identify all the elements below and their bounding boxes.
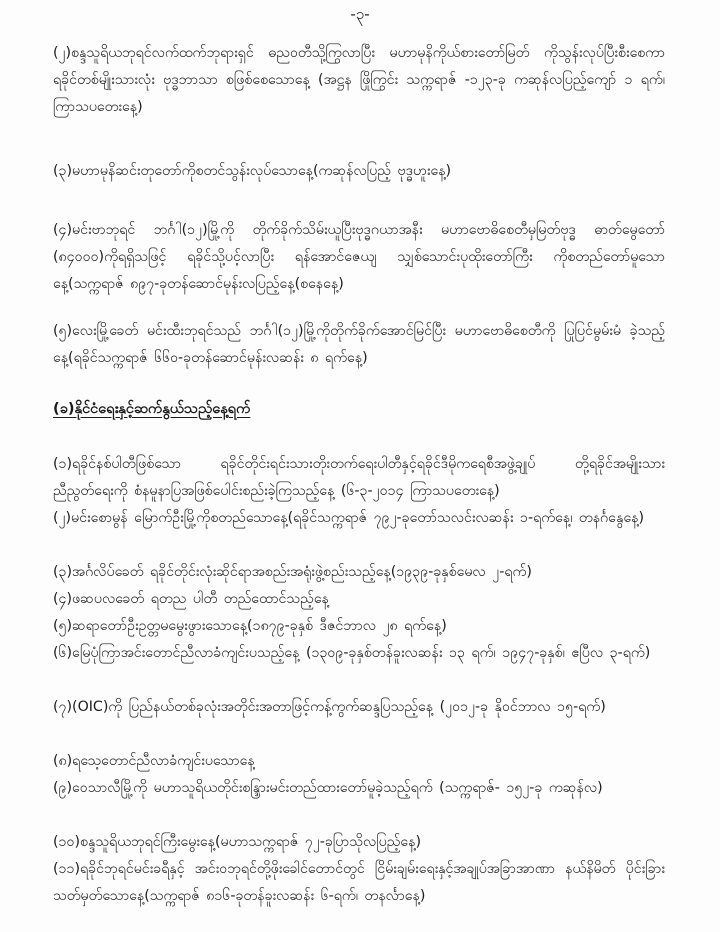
paragraph-item-4: (၄)မင်းဗာဘုရင် ဘင်္ဂါ(၁၂)မြို့ကို တိုက်ခ… <box>53 217 665 298</box>
list-item-7: (၇)(OIC)ကို ပြည်နယ်တစ်ခုလုံးအတိုင်းအတာဖြ… <box>53 694 665 721</box>
list-item-1: (၁)ရခိုင်နစ်ပါတီဖြစ်သော ရခိုင်တိုင်းရင်း… <box>53 451 665 505</box>
list-item-11: (၁၁)ရခိုင်ဘုရင်မင်းခရီနှင့် အင်းဝဘုရင်တိ… <box>53 856 665 910</box>
list-item-4: (၄)ဖဆပလခေတ် ရတည ပါတီ တည်ထောင်သည့်နေ့ <box>53 586 665 613</box>
list-item-3: (၃)အင်္ဂလိပ်ခေတ် ရခိုင်တိုင်းလုံးဆိုင်ရာ… <box>53 559 665 586</box>
list-item-8: (၈)ရသေ့တောင်ညီလာခံကျင်းပသောနေ့ <box>53 748 665 775</box>
list-item-10: (၁၀)စန္ဒသူရိယဘုရင်ကြီးမွေးနေ့(မဟာသက္ကရာဇ… <box>53 829 665 856</box>
page-number: -၃- <box>0 4 720 24</box>
list-item-6: (၆)မြေပုံကြာအင်းတောင်ညီလာခံကျင်းပသည့်နေ့… <box>53 640 665 667</box>
list-item-2: (၂)မင်းစောမွန် မြောက်ဦးမြို့ကိုစတည်သောနေ… <box>53 505 665 532</box>
document-page: -၃- (၂)စန္ဒသူရိယဘုရင်လက်ထက်ဘုရားရှင် ဓညဝ… <box>0 0 720 932</box>
list-item-9: (၉)ဝေသာလီမြို့ကို မဟာသူရိယတိုင်းစန္ဒြားမ… <box>53 775 665 802</box>
list-item-5: (၅)ဆရာတော်ဦးဥတ္တမမွေးဖွားသောနေ့(၁၈၇၉-ခုန… <box>53 613 665 640</box>
section-heading-political-dates: (ခ)နိုင်ငံရေးနှင့်ဆက်နွယ်သည့်နေ့ရက် <box>53 396 250 422</box>
paragraph-item-3: (၃)မဟာမုနိဆင်းတုတော်ကိုစတင်သွန်းလုပ်သောန… <box>53 158 665 185</box>
paragraph-item-2: (၂)စန္ဒသူရိယဘုရင်လက်ထက်ဘုရားရှင် ဓညဝတီသိ… <box>53 40 665 121</box>
paragraph-item-5: (၅)လေးမြို့ခေတ် မင်းထီးဘုရင်သည် ဘင်္ဂါ(၁… <box>53 318 665 372</box>
